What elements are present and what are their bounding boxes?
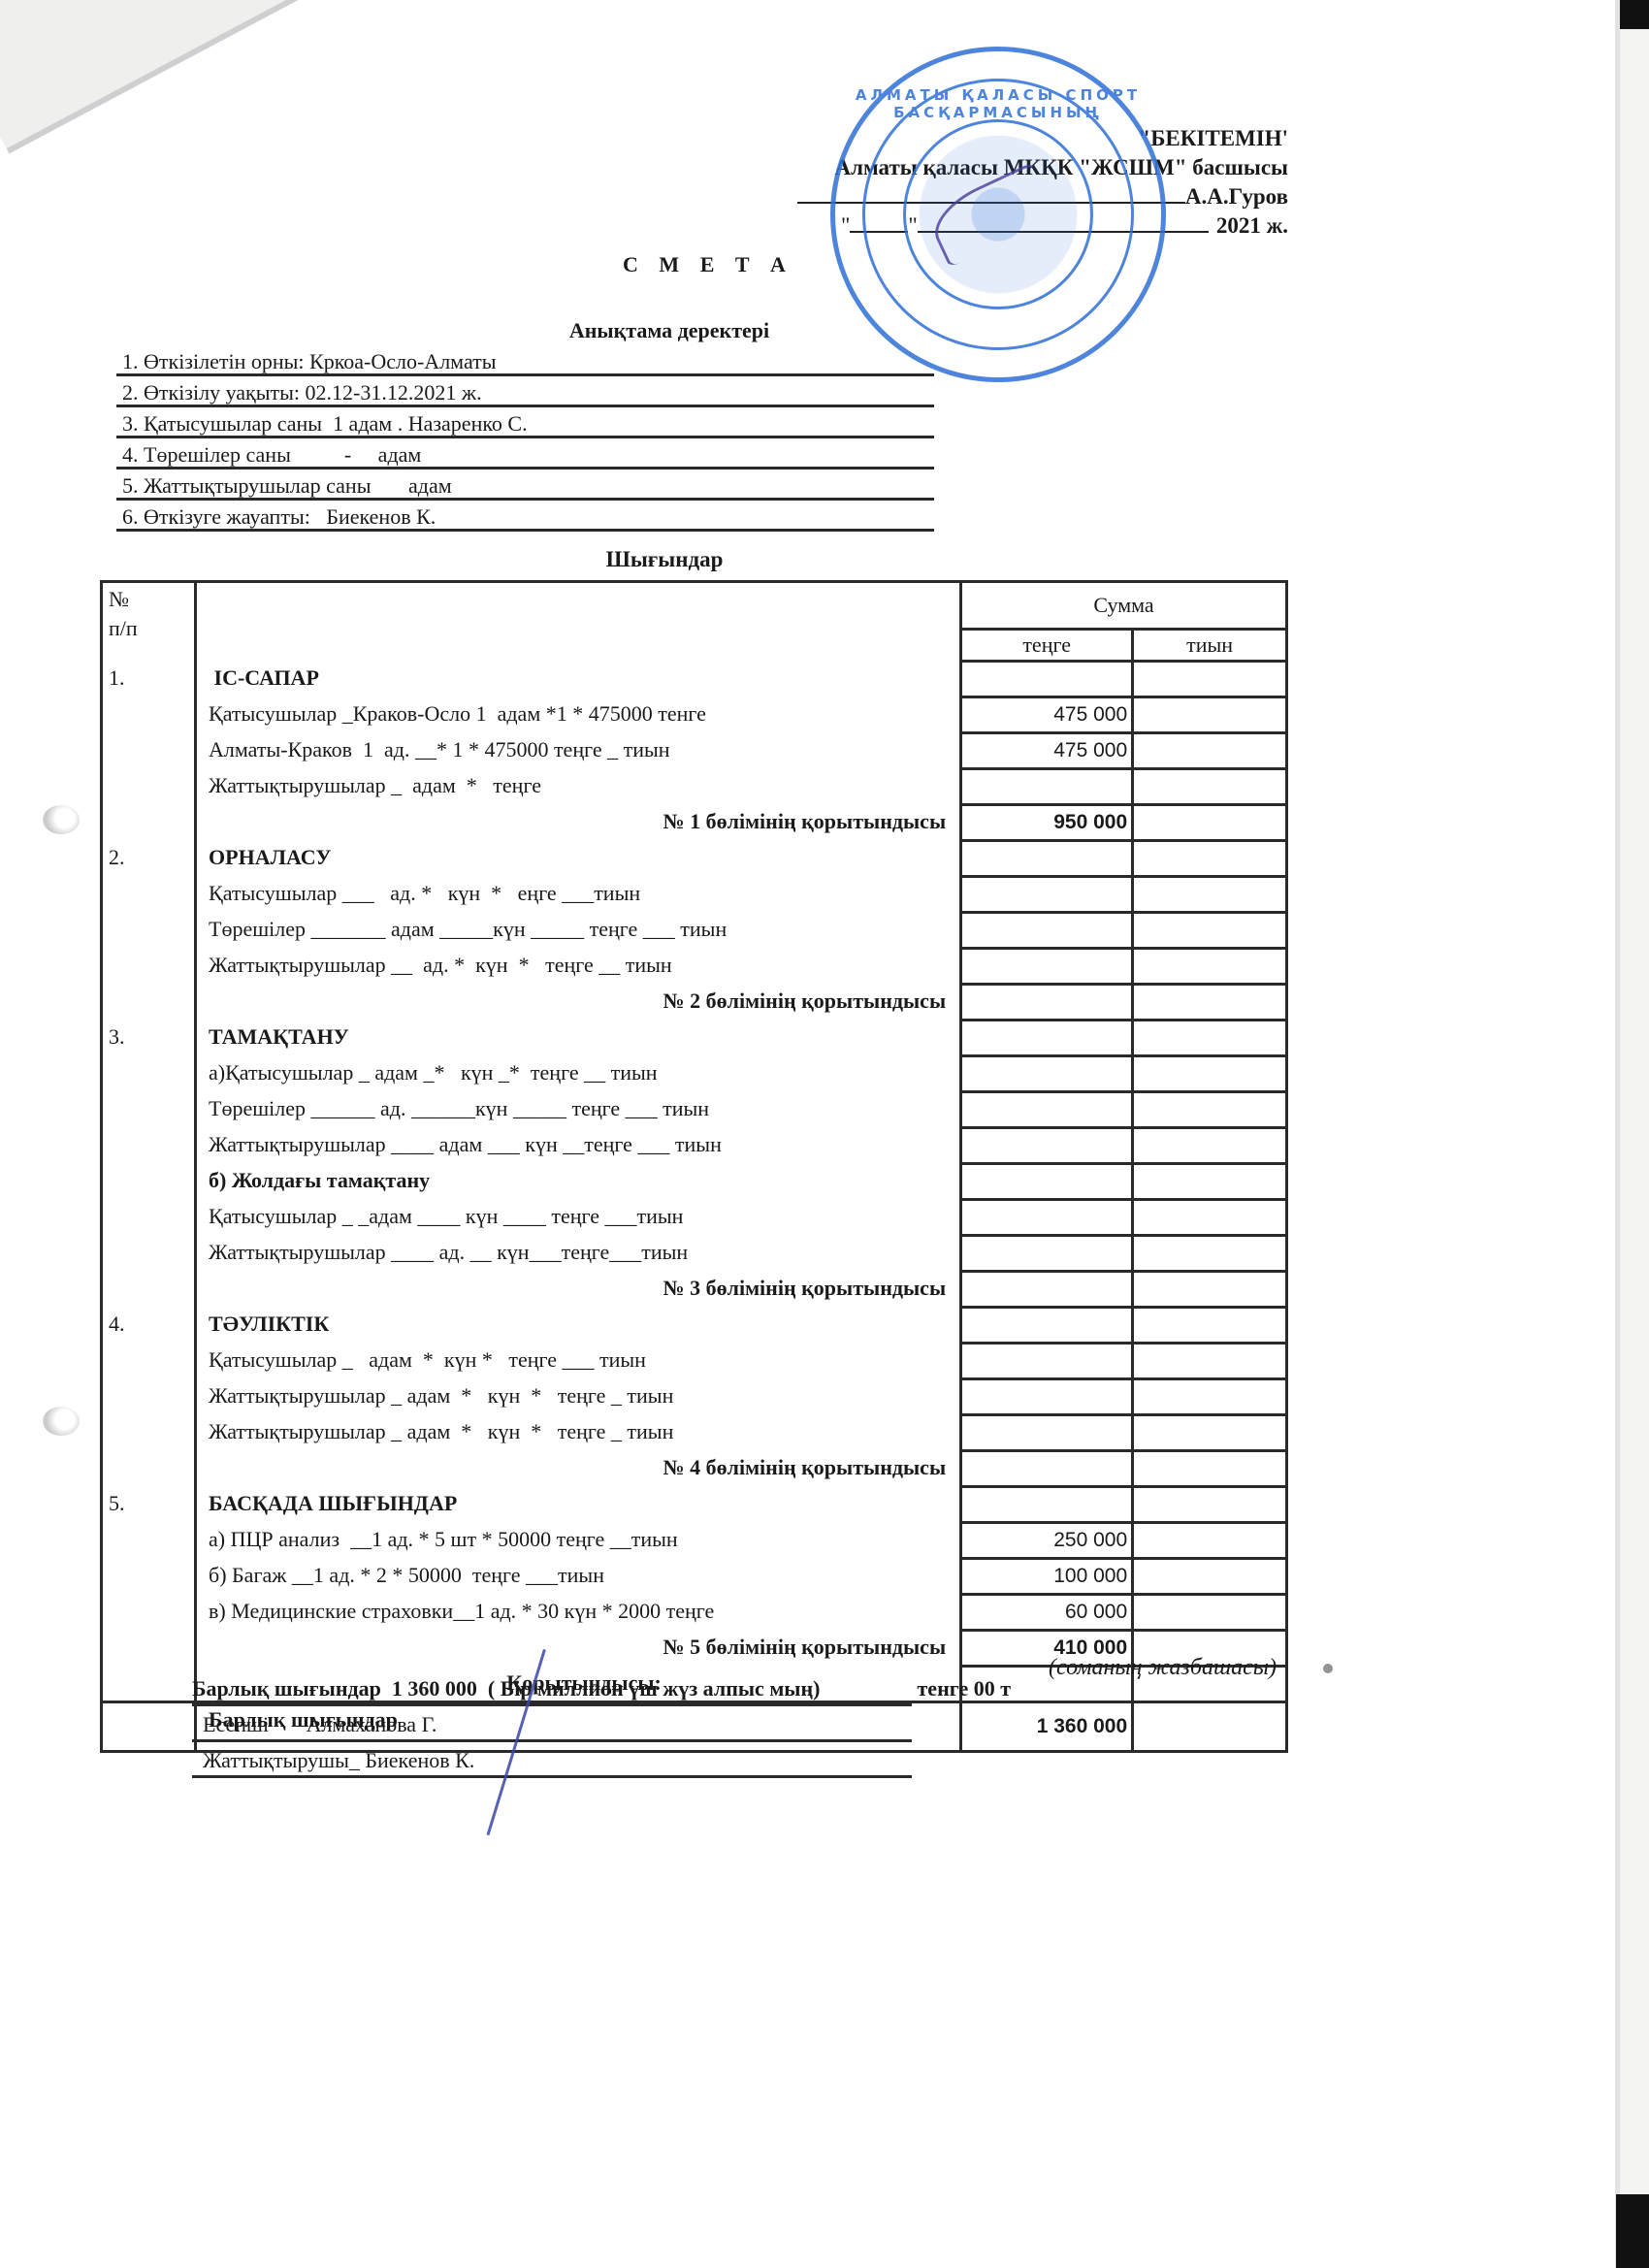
stamp-text: АЛМАТЫ ҚАЛАСЫ СПОРТ БАСҚАРМАСЫНЫҢ (835, 86, 1161, 121)
row-amount-tenge: 475 000 (961, 733, 1133, 769)
header-tiyn: тиын (1133, 630, 1287, 662)
row-amount-tenge: 100 000 (961, 1559, 1133, 1595)
row-amount-tiyn (1133, 1092, 1287, 1128)
row-description: ІС-САПАР (196, 662, 961, 697)
footer-signatures: Барлық шығындар 1 360 000 ( Бір миллион … (192, 1670, 912, 1778)
row-amount-tiyn (1133, 1128, 1287, 1164)
row-number (102, 1523, 196, 1559)
scan-right-edge (1615, 0, 1649, 2268)
row-amount-tenge (961, 1272, 1133, 1308)
row-description: № 3 бөлімінің қорытындысы (196, 1272, 961, 1308)
approval-date-line: ""2021 ж. (797, 211, 1288, 241)
row-amount-tiyn (1133, 913, 1287, 949)
scan-edge-mark-bottom (1616, 2194, 1649, 2268)
row-description: БАСҚАДА ШЫҒЫНДАР (196, 1487, 961, 1523)
row-amount-tiyn (1133, 1451, 1287, 1487)
row-amount-tiyn (1133, 1236, 1287, 1272)
table-row: Төрешілер _______ адам _____күн _____ те… (102, 913, 1287, 949)
row-number: 5. (102, 1487, 196, 1523)
row-amount-tenge: 250 000 (961, 1523, 1133, 1559)
row-amount-tenge (961, 1056, 1133, 1092)
row-number (102, 1164, 196, 1200)
row-description: Жаттықтырушылар _ адам * күн * теңге _ т… (196, 1415, 961, 1451)
info-responsible: 6. Өткізуге жауапты: Биекенов К. (116, 501, 934, 532)
row-number (102, 1379, 196, 1415)
grand-total-tenge: 1 360 000 (961, 1702, 1133, 1752)
total-in-words: Барлық шығындар 1 360 000 ( Бір миллион … (192, 1670, 912, 1706)
row-number (102, 1056, 196, 1092)
coach-line: Жаттықтырушы_ Биекенов К. (192, 1742, 912, 1778)
row-number (102, 1272, 196, 1308)
row-description: б) Багаж __1 ад. * 2 * 50000 теңге ___ти… (196, 1559, 961, 1595)
document-title: С М Е Т А (0, 252, 1339, 277)
row-amount-tenge (961, 1451, 1133, 1487)
row-number (102, 805, 196, 841)
row-amount-tenge (961, 949, 1133, 985)
row-number (102, 1236, 196, 1272)
table-row: Қатысушылар _Краков-Осло 1 адам *1 * 475… (102, 697, 1287, 733)
row-description: Қатысушылар ___ ад. * күн * еңге ___тиын (196, 877, 961, 913)
row-description: Жаттықтырушылар ____ адам ___ күн __теңг… (196, 1128, 961, 1164)
row-description: ТӘУЛІКТІК (196, 1308, 961, 1344)
info-referees: 4. Төрешілер саны - адам (116, 438, 934, 470)
row-amount-tiyn (1133, 1056, 1287, 1092)
row-description: № 4 бөлімінің қорытындысы (196, 1451, 961, 1487)
row-description: Жаттықтырушылар ____ ад. __ күн___теңге_… (196, 1236, 961, 1272)
row-amount-tenge: 60 000 (961, 1595, 1133, 1631)
table-row: Жаттықтырушылар _ адам * күн * теңге _ т… (102, 1379, 1287, 1415)
row-description: № 2 бөлімінің қорытындысы (196, 985, 961, 1021)
row-amount-tenge (961, 841, 1133, 877)
table-row: 4.ТӘУЛІКТІК (102, 1308, 1287, 1344)
row-number (102, 1128, 196, 1164)
approval-org: Алматы қаласы МКҚК "ЖСШМ" басшысы (797, 153, 1288, 182)
row-amount-tiyn (1133, 1559, 1287, 1595)
approval-block: "БЕКІТЕМІН' Алматы қаласы МКҚК "ЖСШМ" ба… (797, 124, 1288, 241)
header-tenge: теңге (961, 630, 1133, 662)
row-amount-tiyn (1133, 733, 1287, 769)
row-amount-tenge: 950 000 (961, 805, 1133, 841)
row-amount-tenge (961, 769, 1133, 805)
table-row: № 2 бөлімінің қорытындысы (102, 985, 1287, 1021)
row-number (102, 1451, 196, 1487)
scan-speck (1323, 1664, 1333, 1673)
table-row: а) ПЦР анализ __1 ад. * 5 шт * 50000 тең… (102, 1523, 1287, 1559)
row-amount-tiyn (1133, 1415, 1287, 1451)
row-description: Қатысушылар _ _адам ____ күн ____ теңге … (196, 1200, 961, 1236)
grand-total-tiyn (1133, 1702, 1287, 1752)
table-row: Қатысушылар _ _адам ____ күн ____ теңге … (102, 1200, 1287, 1236)
table-row: Жаттықтырушылар _ адам * теңге (102, 769, 1287, 805)
row-description: в) Медицинские страховки__1 ад. * 30 күн… (196, 1595, 961, 1631)
row-description: Алматы-Краков 1 ад. __* 1 * 475000 теңге… (196, 733, 961, 769)
row-description: Төрешілер _______ адам _____күн _____ те… (196, 913, 961, 949)
row-amount-tiyn (1133, 1200, 1287, 1236)
info-section-title: Анықтама деректері (0, 318, 1339, 343)
row-number (102, 1667, 196, 1702)
table-row: № 3 бөлімінің қорытындысы (102, 1272, 1287, 1308)
row-description: Қатысушылар _ адам * күн * теңге ___ тиы… (196, 1344, 961, 1379)
info-venue: 1. Өткізілетін орны: Кркоа-Осло-Алматы (116, 345, 934, 376)
row-amount-tenge (961, 1415, 1133, 1451)
approval-heading: "БЕКІТЕМІН' (797, 124, 1288, 153)
row-number (102, 1631, 196, 1667)
row-amount-tenge (961, 1164, 1133, 1200)
row-amount-tenge (961, 662, 1133, 697)
row-amount-tenge (961, 1379, 1133, 1415)
row-amount-tiyn (1133, 841, 1287, 877)
approval-signatory: А.А.Гуров (1185, 184, 1288, 209)
expenses-table: № п/п Сумма теңге тиын 1. ІС-САПАРҚатысу… (100, 580, 1288, 1753)
info-coaches: 5. Жаттықтырушылар саны адам (116, 470, 934, 501)
row-number (102, 769, 196, 805)
row-number (102, 949, 196, 985)
row-amount-tiyn (1133, 1272, 1287, 1308)
row-amount-tenge (961, 1487, 1133, 1523)
row-description: б) Жолдағы тамақтану (196, 1164, 961, 1200)
table-row: 5.БАСҚАДА ШЫҒЫНДАР (102, 1487, 1287, 1523)
info-dates: 2. Өткізілу уақыты: 02.12-31.12.2021 ж. (116, 376, 934, 407)
table-row: № 4 бөлімінің қорытындысы (102, 1451, 1287, 1487)
row-amount-tenge (961, 1308, 1133, 1344)
row-description: а) ПЦР анализ __1 ад. * 5 шт * 50000 тең… (196, 1523, 961, 1559)
table-row: Жаттықтырушылар ____ ад. __ күн___теңге_… (102, 1236, 1287, 1272)
row-number (102, 697, 196, 733)
row-amount-tiyn (1133, 949, 1287, 985)
table-row: б) Багаж __1 ад. * 2 * 50000 теңге ___ти… (102, 1559, 1287, 1595)
table-row: 2.ОРНАЛАСУ (102, 841, 1287, 877)
row-number (102, 1559, 196, 1595)
row-number: 4. (102, 1308, 196, 1344)
header-num: № п/п (102, 582, 196, 662)
row-amount-tiyn (1133, 1523, 1287, 1559)
row-amount-tiyn (1133, 1595, 1287, 1631)
table-header-row: № п/п Сумма (102, 582, 1287, 630)
row-number (102, 1200, 196, 1236)
header-sum: Сумма (961, 582, 1287, 630)
row-number: 1. (102, 662, 196, 697)
row-amount-tiyn (1133, 697, 1287, 733)
row-amount-tenge (961, 877, 1133, 913)
table-row: Жаттықтырушылар _ адам * күн * теңге _ т… (102, 1415, 1287, 1451)
row-description: № 5 бөлімінің қорытындысы (196, 1631, 961, 1667)
row-amount-tenge (961, 1200, 1133, 1236)
row-number (102, 913, 196, 949)
approval-year: 2021 ж. (1216, 213, 1288, 238)
table-row: Қатысушылар ___ ад. * күн * еңге ___тиын (102, 877, 1287, 913)
scan-edge-mark-top (1620, 0, 1649, 29)
row-amount-tiyn (1133, 985, 1287, 1021)
table-row: Жаттықтырушылар __ ад. * күн * теңге __ … (102, 949, 1287, 985)
table-row: б) Жолдағы тамақтану (102, 1164, 1287, 1200)
row-description: ОРНАЛАСУ (196, 841, 961, 877)
row-amount-tiyn (1133, 1021, 1287, 1056)
row-number (102, 985, 196, 1021)
row-number (102, 733, 196, 769)
table-row: № 1 бөлімінің қорытындысы950 000 (102, 805, 1287, 841)
row-description: Жаттықтырушылар __ ад. * күн * теңге __ … (196, 949, 961, 985)
row-description: Жаттықтырушылар _ адам * күн * теңге _ т… (196, 1379, 961, 1415)
row-amount-tenge (961, 1344, 1133, 1379)
table-row: Жаттықтырушылар ____ адам ___ күн __теңг… (102, 1128, 1287, 1164)
info-participants: 3. Қатысушылар саны 1 адам . Назаренко С… (116, 407, 934, 438)
expenses-title: Шығындар (0, 547, 1329, 572)
row-amount-tiyn (1133, 805, 1287, 841)
row-amount-tenge (961, 913, 1133, 949)
table-row: 3.ТАМАҚТАНУ (102, 1021, 1287, 1056)
table-row: Алматы-Краков 1 ад. __* 1 * 475000 теңге… (102, 733, 1287, 769)
table-row: в) Медицинские страховки__1 ад. * 30 күн… (102, 1595, 1287, 1631)
row-number (102, 1595, 196, 1631)
table-row: 1. ІС-САПАР (102, 662, 1287, 697)
row-description: ТАМАҚТАНУ (196, 1021, 961, 1056)
row-amount-tiyn (1133, 1487, 1287, 1523)
row-amount-tiyn (1133, 1344, 1287, 1379)
row-amount-tenge (961, 1021, 1133, 1056)
row-amount-tiyn (1133, 1308, 1287, 1344)
table-row: Төрешілер ______ ад. ______күн _____ тең… (102, 1092, 1287, 1128)
row-number (102, 877, 196, 913)
row-number (102, 1344, 196, 1379)
row-number: 2. (102, 841, 196, 877)
header-description (196, 582, 961, 662)
row-amount-tenge: 475 000 (961, 697, 1133, 733)
row-number: 3. (102, 1021, 196, 1056)
row-amount-tiyn (1133, 662, 1287, 697)
row-amount-tenge (961, 985, 1133, 1021)
amount-in-words-note: (соманың жазбашасы) (1049, 1655, 1277, 1681)
row-amount-tiyn (1133, 1379, 1287, 1415)
row-amount-tiyn (1133, 877, 1287, 913)
table-row: а)Қатысушылар _ адам _* күн _* теңге __ … (102, 1056, 1287, 1092)
row-description: Төрешілер ______ ад. ______күн _____ тең… (196, 1092, 961, 1128)
row-amount-tiyn (1133, 1164, 1287, 1200)
punch-hole (43, 805, 80, 834)
grand-total-num (102, 1702, 196, 1752)
row-amount-tenge (961, 1236, 1133, 1272)
row-amount-tenge (961, 1092, 1133, 1128)
info-list: 1. Өткізілетін орны: Кркоа-Осло-Алматы 2… (116, 345, 934, 532)
row-description: Қатысушылар _Краков-Осло 1 адам *1 * 475… (196, 697, 961, 733)
row-number (102, 1092, 196, 1128)
row-amount-tiyn (1133, 769, 1287, 805)
row-amount-tenge (961, 1128, 1133, 1164)
scan-folded-corner (0, 0, 317, 153)
row-description: № 1 бөлімінің қорытындысы (196, 805, 961, 841)
table-row: Қатысушылар _ адам * күн * теңге ___ тиы… (102, 1344, 1287, 1379)
row-description: Жаттықтырушылар _ адам * теңге (196, 769, 961, 805)
row-number (102, 1415, 196, 1451)
punch-hole (43, 1407, 80, 1436)
accountant-line: Есепші Алмаханова Г. (192, 1706, 912, 1742)
row-description: а)Қатысушылар _ адам _* күн _* теңге __ … (196, 1056, 961, 1092)
